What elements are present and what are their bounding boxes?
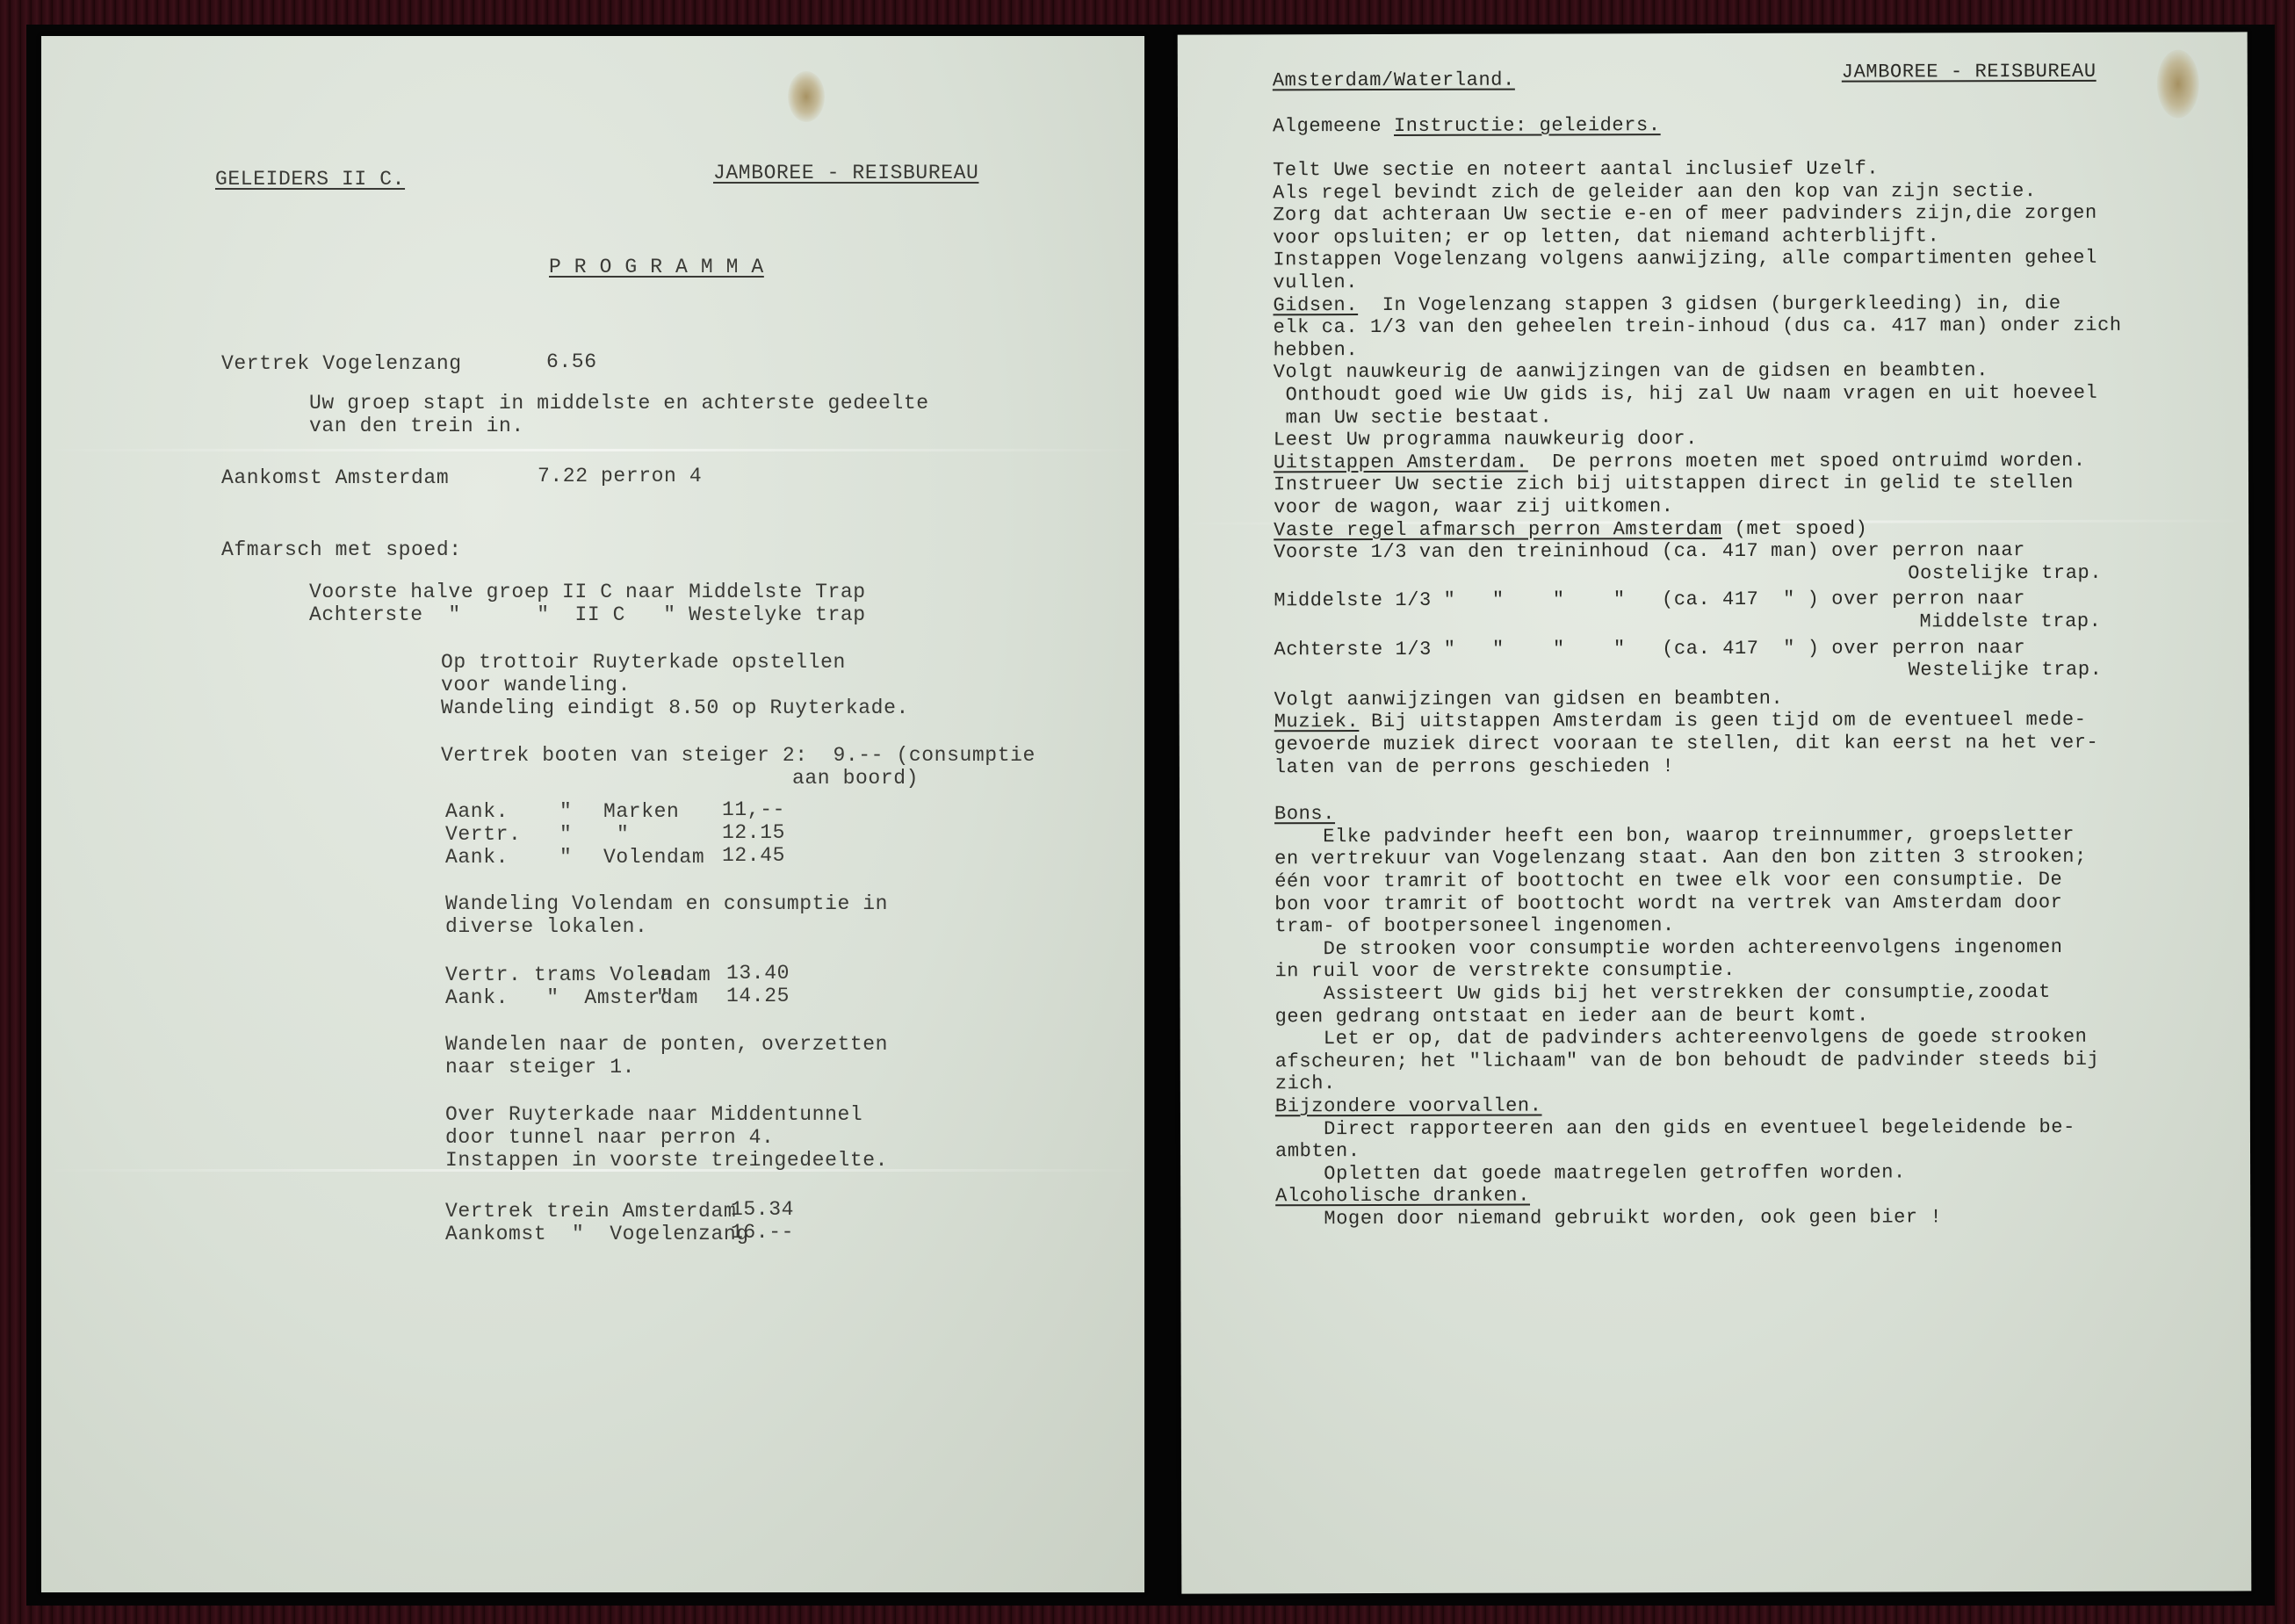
subtitle-underlined: Instructie: geleiders. [1394,114,1661,137]
line-text: Assisteert Uw gids bij het verstrekken d… [1275,981,2051,1005]
instruction-line: zich. [1275,1073,1336,1096]
line-text: (met spoed) [1722,517,1868,539]
instruction-line: elk ca. 1/3 van den geheelen trein-inhou… [1274,314,2122,340]
header-right: JAMBOREE - REISBUREAU [713,162,978,184]
line-text: geen gedrang ontstaat en ieder aan de be… [1275,1004,1869,1028]
afmarsch-row: Voorste 1/3 van den treininhoud (ca. 417… [1274,539,2025,564]
instruction-line: één voor tramrit of boottocht en twee el… [1274,869,2062,893]
instruction-line: Instrueer Uw sectie zich bij uitstappen … [1274,472,2074,496]
instruction-line: Leest Uw programma nauwkeurig door. [1274,428,1698,451]
instruction-line: Volgt nauwkeurig de aanwijzingen van de … [1274,360,1988,385]
line-text: diverse lokalen. [445,915,647,938]
line-text: door tunnel naar perron 4. [445,1126,774,1149]
line-text: Wandeling Volendam en consumptie in [445,892,888,915]
instruction-line: afscheuren; het "lichaam" van de bon beh… [1275,1049,2100,1073]
schedule-label: Aank. [445,846,509,869]
line-text: Mogen door niemand gebruikt worden, ook … [1275,1206,1942,1230]
line-text: Aankomst Amsterdam [221,466,449,489]
line-text: Voorste halve groep II C naar Middelste … [309,581,866,603]
instruction-line: Instappen Vogelenzang volgens aanwijzing… [1273,247,2097,271]
schedule-ditto: " [559,846,572,869]
instruction-line: Onthoudt goed wie Uw gids is, hij zal Uw… [1274,382,2098,407]
instruction-line: ambten. [1275,1140,1360,1163]
stain [788,71,825,122]
schedule-note: " [656,986,668,1009]
instruction-line: Muziek. Bij uitstappen Amsterdam is geen… [1274,709,2087,733]
program-page: GELEIDERS II C. JAMBOREE - REISBUREAU P … [41,36,1144,1592]
section-heading: Uitstappen Amsterdam. [1274,451,1528,473]
line-text: Let er op, dat de padvinders achtereenvo… [1275,1026,2088,1050]
line-text: Voorste 1/3 van den treininhoud (ca. 417… [1274,539,2025,563]
section-heading: Alcoholische dranken. [1275,1185,1530,1208]
line-text: In Vogelenzang stappen 3 gidsen (burgerk… [1358,292,2061,316]
line-text: Oostelijke trap. [1908,562,2102,585]
line-text: tram- of bootpersoneel ingenomen. [1274,914,1675,937]
line-text: van den trein in. [309,415,524,437]
instruction-line: Uitstappen Amsterdam. De perrons moeten … [1274,450,2086,474]
line-text: gevoerde muziek direct vooraan te stelle… [1274,732,2099,755]
instruction-line: tram- of bootpersoneel ingenomen. [1274,914,1675,938]
schedule-place: " [617,823,629,846]
line-text: ambten. [1275,1140,1360,1162]
header-right: JAMBOREE - REISBUREAU [1842,61,2097,84]
line-text: Instappen in voorste treingedeelte. [445,1149,888,1172]
instruction-line: man Uw sectie bestaat. [1274,406,1553,429]
instruction-line: hebben. [1274,339,1359,362]
stain [2157,50,2199,119]
line-text: voor de wagon, waar zij uitkomen. [1274,495,1674,518]
paper-fold [41,449,1144,451]
afmarsch-destination: Middelste trap. [1919,610,2101,634]
line-text: Direct rapporteeren aan den gids en even… [1275,1116,2075,1140]
line-text: Instappen Vogelenzang volgens aanwijzing… [1273,247,2097,271]
header-left: GELEIDERS II C. [215,168,405,191]
schedule-note: ca. [647,964,685,986]
line-text: Achterste 1/3 " " " " (ca. 417 " ) over … [1274,637,2025,660]
instruction-line: vullen. [1273,271,1358,294]
section-heading: Vaste regel afmarsch perron Amsterdam [1274,518,1722,541]
line-text: Telt Uwe sectie en noteert aantal inclus… [1273,158,1879,182]
instruction-line: De strooken voor consumptie worden achte… [1274,936,2062,961]
instruction-line: Zorg dat achteraan Uw sectie e-en of mee… [1273,202,2097,227]
section-heading: Bons. [1274,803,1335,825]
instruction-line: Bons. [1274,803,1335,826]
instruction-line: voor opsluiten; er op letten, dat nieman… [1273,225,1939,249]
line-text: man Uw sectie bestaat. [1274,406,1553,429]
line-text: één voor tramrit of boottocht en twee el… [1274,869,2062,892]
line-text: Onthoudt goed wie Uw gids is, hij zal Uw… [1274,382,2098,406]
schedule-place: Marken [603,800,679,823]
instruction-line: Let er op, dat de padvinders achtereenvo… [1275,1026,2088,1050]
line-text: hebben. [1274,339,1359,361]
line-text: Uw groep stapt in middelste en achterste… [309,392,929,415]
line-text: Zorg dat achteraan Uw sectie e-en of mee… [1273,202,2097,226]
afmarsch-destination: Oostelijke trap. [1908,562,2102,586]
section-heading: Bijzondere voorvallen. [1275,1095,1542,1118]
line-text: bon voor tramrit of boottocht wordt na v… [1274,891,2062,915]
instruction-line: Alcoholische dranken. [1275,1185,1530,1209]
subtitle: Algemeene Instructie: geleiders. [1273,114,1661,138]
instruction-line: Direct rapporteeren aan den gids en even… [1275,1116,2075,1141]
line-text: zich. [1275,1073,1336,1095]
line-time: 6.56 [546,350,597,373]
instruction-line: gevoerde muziek direct vooraan te stelle… [1274,732,2099,756]
line-time: 7.22 perron 4 [538,465,702,487]
schedule-label: Aankomst " Vogelenzang [445,1223,749,1245]
line-text: voor opsluiten; er op letten, dat nieman… [1273,225,1939,249]
instruction-line: Volgt aanwijzingen van gidsen en beambte… [1274,688,1784,712]
line-text: Over Ruyterkade naar Middentunnel [445,1103,862,1126]
instruction-line: voor de wagon, waar zij uitkomen. [1274,495,1674,519]
schedule-label: Vertrek trein Amsterdam [445,1200,736,1223]
line-text: in ruil voor de verstrekte consumptie. [1274,959,1736,982]
section-heading: Muziek. [1274,711,1360,733]
line-text: en vertrekuur van Vogelenzang staat. Aan… [1274,846,2087,870]
line-text: Bij uitstappen Amsterdam is geen tijd om… [1359,709,2086,733]
line-text: Vertrek Vogelenzang [221,352,462,375]
instruction-line: geen gedrang ontstaat en ieder aan de be… [1275,1004,1869,1029]
line-text: De strooken voor consumptie worden achte… [1274,936,2062,960]
schedule-ditto: " [559,800,572,823]
line-text: Instrueer Uw sectie zich bij uitstappen … [1274,472,2074,495]
instruction-line: Bijzondere voorvallen. [1275,1095,1542,1119]
line-text: Elke padvinder heeft een bon, waarop tre… [1274,824,2075,848]
subtitle-prefix: Algemeene [1273,115,1394,137]
line-text: Middelste trap. [1919,610,2101,633]
line-text: vullen. [1273,271,1358,293]
line-text: Op trottoir Ruyterkade opstellen [441,651,846,674]
line-text: Leest Uw programma nauwkeurig door. [1274,428,1698,451]
instruction-page: Amsterdam/Waterland. JAMBOREE - REISBURE… [1178,32,2252,1593]
schedule-time: 13.40 [726,962,790,985]
line-text: Als regel bevindt zich de geleider aan d… [1273,180,2037,204]
page-title: P R O G R A M M A [549,256,764,278]
line-text: Achterste " " II C " Westelyke trap [309,603,866,626]
schedule-place: Volendam [603,846,704,869]
line-text: Volgt nauwkeurig de aanwijzingen van de … [1274,360,1988,384]
line-text: Wandelen naar de ponten, overzetten [445,1033,888,1056]
schedule-ditto: " [559,823,572,846]
schedule-label: Vertr. [445,823,521,846]
instruction-line: Vaste regel afmarsch perron Amsterdam (m… [1274,517,1867,542]
afmarsch-row: Achterste 1/3 " " " " (ca. 417 " ) over … [1274,637,2025,661]
instruction-line: Assisteert Uw gids bij het verstrekken d… [1275,981,2051,1006]
instruction-line: bon voor tramrit of boottocht wordt na v… [1274,891,2062,916]
line-text: Volgt aanwijzingen van gidsen en beambte… [1274,688,1784,711]
instruction-line: en vertrekuur van Vogelenzang staat. Aan… [1274,846,2087,870]
schedule-time: 14.25 [726,985,790,1007]
line-text: Afmarsch met spoed: [221,538,462,561]
instruction-line: Telt Uwe sectie en noteert aantal inclus… [1273,158,1879,183]
schedule-time: 16.-- [731,1221,794,1244]
line-text: aan boord) [792,767,919,790]
line-text: De perrons moeten met spoed ontruimd wor… [1528,450,2086,473]
line-text: Westelijke trap. [1909,659,2103,682]
instruction-line: Gidsen. In Vogelenzang stappen 3 gidsen … [1273,292,2060,317]
line-text: elk ca. 1/3 van den geheelen trein-inhou… [1274,314,2122,339]
line-text: Vertrek booten van steiger 2: 9.-- (cons… [441,744,1036,767]
instruction-line: Als regel bevindt zich de geleider aan d… [1273,180,2037,205]
schedule-time: 11,-- [722,798,785,821]
line-text: laten van de perrons geschieden ! [1274,755,1675,778]
instruction-line: Opletten dat goede maatregelen getroffen… [1275,1161,1906,1186]
schedule-time: 12.45 [722,844,785,867]
instruction-line: laten van de perrons geschieden ! [1274,755,1675,779]
line-text: Opletten dat goede maatregelen getroffen… [1275,1161,1906,1185]
line-text: Wandeling eindigt 8.50 op Ruyterkade. [441,697,909,719]
section-heading: Gidsen. [1273,294,1358,316]
line-text: voor wandeling. [441,674,631,697]
schedule-label: Aank. [445,800,509,823]
schedule-time: 12.15 [722,821,785,844]
instruction-line: in ruil voor de verstrekte consumptie. [1274,959,1736,983]
schedule-time: 15.34 [731,1198,794,1221]
instruction-line: Elke padvinder heeft een bon, waarop tre… [1274,824,2075,848]
header-left: Amsterdam/Waterland. [1273,69,1515,93]
line-text: afscheuren; het "lichaam" van de bon beh… [1275,1049,2100,1072]
afmarsch-destination: Westelijke trap. [1909,659,2103,682]
line-text: Middelste 1/3 " " " " (ca. 417 " ) over … [1274,588,2025,611]
afmarsch-row: Middelste 1/3 " " " " (ca. 417 " ) over … [1274,588,2025,612]
line-text: naar steiger 1. [445,1056,635,1079]
instruction-line: Mogen door niemand gebruikt worden, ook … [1275,1206,1942,1231]
